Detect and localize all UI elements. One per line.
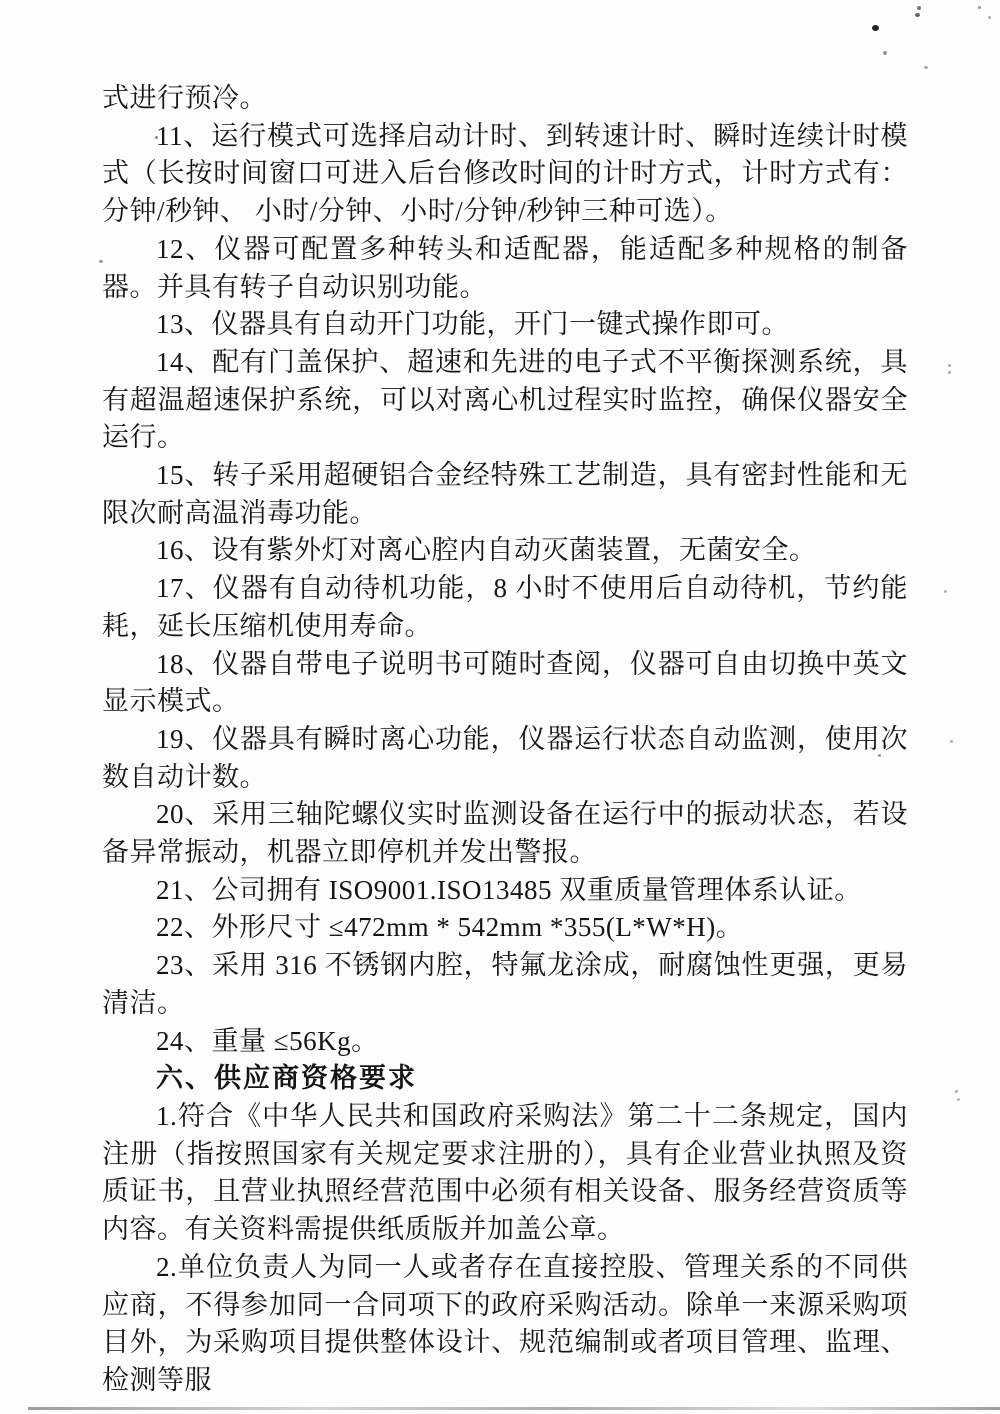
scan-speck [883, 51, 887, 55]
scan-speck [915, 13, 920, 17]
scan-speck [955, 1090, 958, 1093]
spec-item-15: 15、转子采用超硬铝合金经特殊工艺制造，具有密封性能和无限次耐高温消毒功能。 [102, 457, 908, 532]
scan-speck [917, 6, 921, 10]
scan-speck [978, 6, 981, 9]
scan-speck [872, 25, 879, 31]
scan-speck [957, 1098, 960, 1101]
scan-speck [948, 364, 951, 367]
scan-bottom-edge [28, 1407, 1000, 1410]
spec-item-16: 16、设有紫外灯对离心腔内自动灭菌装置，无菌安全。 [102, 532, 908, 570]
scan-speck [924, 66, 928, 69]
section-6-heading: 六、供应商资格要求 [102, 1060, 908, 1098]
scan-speck [944, 590, 947, 593]
spec-item-19: 19、仪器具有瞬时离心功能，仪器运行状态自动监测，使用次数自动计数。 [102, 721, 908, 796]
document-body: 式进行预冷。 11、运行模式可选择启动计时、到转速计时、瞬时连续计时模式（长按时… [102, 80, 908, 1400]
qualification-item-2: 2.单位负责人为同一人或者存在直接控股、管理关系的不同供应商，不得参加同一合同项… [102, 1249, 908, 1400]
spec-item-20: 20、采用三轴陀螺仪实时监测设备在运行中的振动状态，若设备异常振动，机器立即停机… [102, 796, 908, 871]
scan-speck [99, 260, 103, 263]
spec-item-12: 12、仪器可配置多种转头和适配器，能适配多种规格的制备器。并具有转子自动识别功能… [102, 231, 908, 306]
scan-speck [948, 371, 951, 374]
spec-item-13: 13、仪器具有自动开门功能，开门一键式操作即可。 [102, 306, 908, 344]
scan-speck [988, 16, 991, 19]
spec-item-22: 22、外形尺寸 ≤472mm * 542mm *355(L*W*H)。 [102, 909, 908, 947]
qualification-item-1: 1.符合《中华人民共和国政府采购法》第二十二条规定，国内注册（指按照国家有关规定… [102, 1098, 908, 1249]
spec-item-18: 18、仪器自带电子说明书可随时查阅，仪器可自由切换中英文显示模式。 [102, 646, 908, 721]
scan-speck [155, 136, 158, 139]
scan-speck [878, 754, 881, 757]
document-page: 式进行预冷。 11、运行模式可选择启动计时、到转速计时、瞬时连续计时模式（长按时… [0, 0, 1000, 1414]
spec-item-11: 11、运行模式可选择启动计时、到转速计时、瞬时连续计时模式（长按时间窗口可进入后… [102, 118, 908, 231]
scan-speck [950, 740, 953, 743]
spec-item-23: 23、采用 316 不锈钢内腔，特氟龙涂成，耐腐蚀性更强，更易清洁。 [102, 947, 908, 1022]
spec-item-17: 17、仪器有自动待机功能，8 小时不使用后自动待机，节约能耗，延长压缩机使用寿命… [102, 570, 908, 645]
spec-item-24: 24、重量 ≤56Kg。 [102, 1023, 908, 1061]
spec-item-14: 14、配有门盖保护、超速和先进的电子式不平衡探测系统，具有超温超速保护系统，可以… [102, 344, 908, 457]
spec-item-21: 21、公司拥有 ISO9001.ISO13485 双重质量管理体系认证。 [102, 872, 908, 910]
paragraph-continuation: 式进行预冷。 [102, 80, 908, 118]
